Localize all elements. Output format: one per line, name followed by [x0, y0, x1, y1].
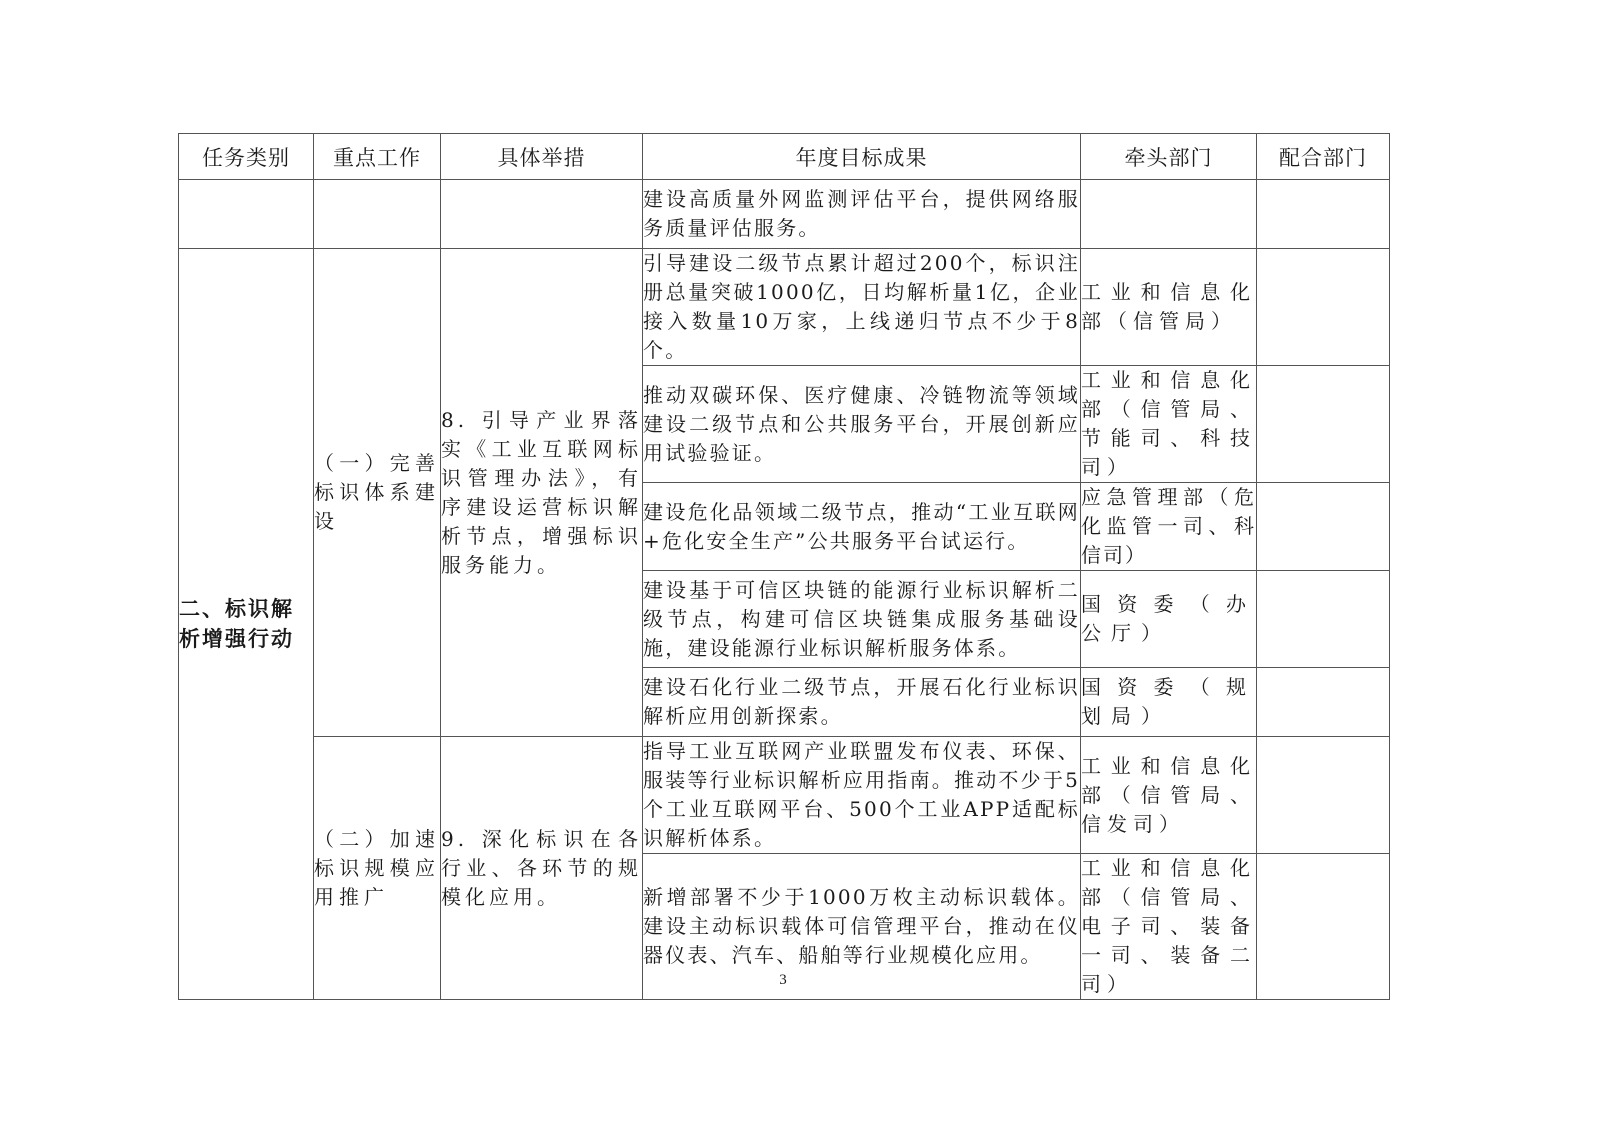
lead-cell: 国资委（办公厅）	[1081, 571, 1257, 668]
coop-cell	[1257, 737, 1390, 854]
target-cell: 推动双碳环保、医疗健康、冷链物流等领域建设二级节点和公共服务平台，开展创新应用试…	[643, 366, 1081, 483]
table-row: 建设高质量外网监测评估平台，提供网络服务质量评估服务。	[179, 180, 1390, 249]
lead-cell: 国资委（规划局）	[1081, 668, 1257, 737]
task-category-cell: 二、标识解析增强行动	[179, 249, 314, 1000]
measure-cell: 9. 深化标识在各行业、各环节的规模化应用。	[441, 737, 643, 1000]
key-work-cell: （二）加速标识规模应用推广	[314, 737, 441, 1000]
lead-cell: 工业和信息化部（信管局、信发司）	[1081, 737, 1257, 854]
lead-cell: 应急管理部（危化监管一司、科信司）	[1081, 483, 1257, 571]
header-task-category: 任务类别	[179, 134, 314, 180]
lead-cell: 工业和信息化部（信管局）	[1081, 249, 1257, 366]
table-header-row: 任务类别 重点工作 具体举措 年度目标成果 牵头部门 配合部门	[179, 134, 1390, 180]
target-cell: 指导工业互联网产业联盟发布仪表、环保、服装等行业标识解析应用指南。推动不少于5个…	[643, 737, 1081, 854]
header-cooperating-department: 配合部门	[1257, 134, 1390, 180]
lead-cell	[1081, 180, 1257, 249]
document-page: 任务类别 重点工作 具体举措 年度目标成果 牵头部门 配合部门 建设高质量外网监…	[0, 0, 1600, 1130]
table-row: 二、标识解析增强行动 （一）完善标识体系建设 8. 引导产业界落实《工业互联网标…	[179, 249, 1390, 366]
coop-cell	[1257, 571, 1390, 668]
empty-cell	[179, 180, 314, 249]
target-cell: 建设危化品领域二级节点，推动“工业互联网+危化安全生产”公共服务平台试运行。	[643, 483, 1081, 571]
coop-cell	[1257, 366, 1390, 483]
target-cell: 建设高质量外网监测评估平台，提供网络服务质量评估服务。	[643, 180, 1081, 249]
measure-cell: 8. 引导产业界落实《工业互联网标识管理办法》，有序建设运营标识解析节点，增强标…	[441, 249, 643, 737]
lead-cell: 工业和信息化部（信管局、节能司、科技司）	[1081, 366, 1257, 483]
task-table: 任务类别 重点工作 具体举措 年度目标成果 牵头部门 配合部门 建设高质量外网监…	[178, 133, 1390, 1000]
header-annual-target: 年度目标成果	[643, 134, 1081, 180]
coop-cell	[1257, 483, 1390, 571]
coop-cell	[1257, 668, 1390, 737]
target-cell: 建设石化行业二级节点，开展石化行业标识解析应用创新探索。	[643, 668, 1081, 737]
coop-cell	[1257, 249, 1390, 366]
header-specific-measures: 具体举措	[441, 134, 643, 180]
header-lead-department: 牵头部门	[1081, 134, 1257, 180]
empty-cell	[314, 180, 441, 249]
header-key-work: 重点工作	[314, 134, 441, 180]
target-cell: 建设基于可信区块链的能源行业标识解析二级节点，构建可信区块链集成服务基础设施，建…	[643, 571, 1081, 668]
empty-cell	[441, 180, 643, 249]
target-cell: 引导建设二级节点累计超过200个，标识注册总量突破1000亿，日均解析量1亿，企…	[643, 249, 1081, 366]
page-number: 3	[0, 972, 1566, 989]
key-work-cell: （一）完善标识体系建设	[314, 249, 441, 737]
table-row: （二）加速标识规模应用推广 9. 深化标识在各行业、各环节的规模化应用。 指导工…	[179, 737, 1390, 854]
coop-cell	[1257, 180, 1390, 249]
